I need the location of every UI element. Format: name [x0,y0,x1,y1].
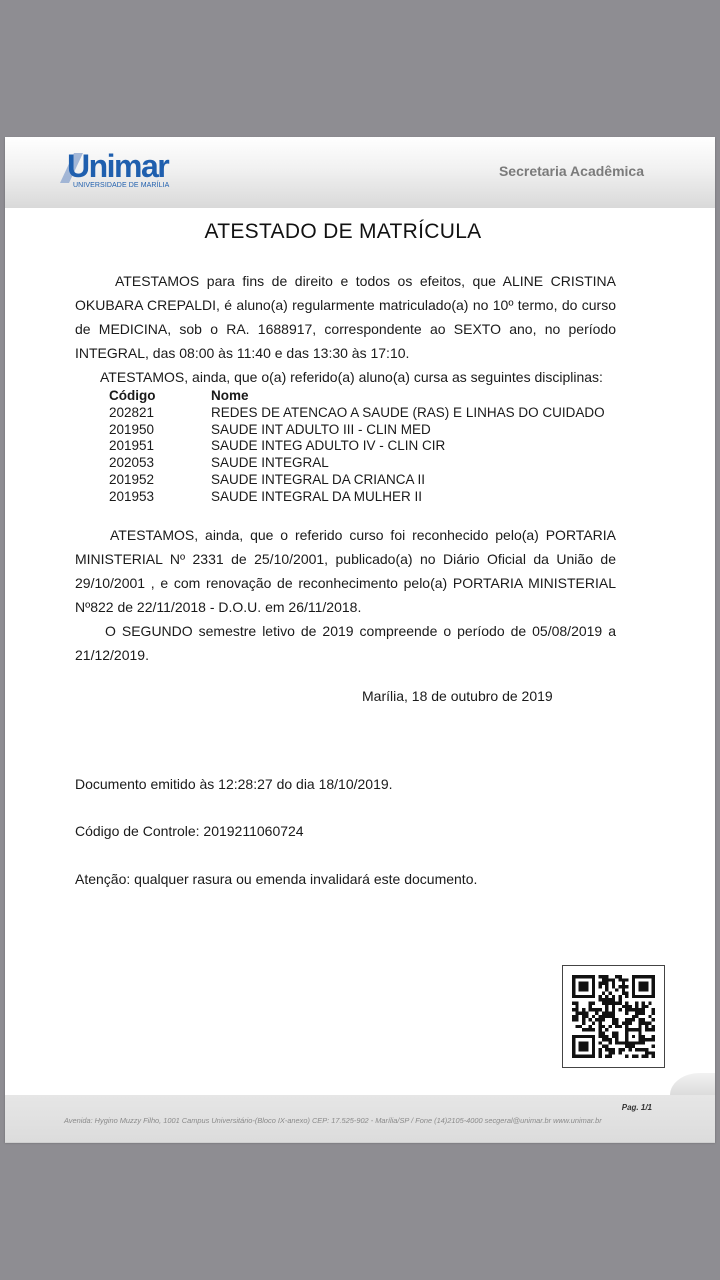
discipline-code: 201950 [109,422,211,439]
recognition-paragraph: ATESTAMOS, ainda, que o referido curso f… [75,523,616,619]
table-row: 202053SAUDE INTEGRAL [109,455,605,472]
discipline-name: SAUDE INTEGRAL DA MULHER II [211,489,605,506]
table-row: 202821REDES DE ATENCAO A SAUDE (RAS) E L… [109,405,605,422]
document-page: Unimar UNIVERSIDADE DE MARÍLIA Secretari… [5,137,715,1142]
disciplines-table: Código Nome 202821REDES DE ATENCAO A SAU… [109,388,605,506]
logo-wordmark: Unimar [67,149,168,183]
page-number: Pag. 1/1 [622,1103,652,1112]
qr-code[interactable] [562,965,665,1068]
unimar-logo: Unimar UNIVERSIDADE DE MARÍLIA [67,149,197,194]
issued-at: Documento emitido às 12:28:27 do dia 18/… [75,776,393,792]
discipline-name: SAUDE INTEGRAL DA CRIANCA II [211,472,605,489]
footer-address: Avenida: Hygino Muzzy Filho, 1001 Campus… [64,1116,602,1125]
table-header-row: Código Nome [109,388,605,405]
discipline-name: REDES DE ATENCAO A SAUDE (RAS) E LINHAS … [211,405,605,422]
logo-subtitle: UNIVERSIDADE DE MARÍLIA [73,182,169,189]
city-date: Marília, 18 de outubro de 2019 [362,688,553,704]
discipline-name: SAUDE INTEG ADULTO IV - CLIN CIR [211,438,605,455]
table-row: 201950SAUDE INT ADULTO III - CLIN MED [109,422,605,439]
column-header-name: Nome [211,388,605,405]
discipline-code: 202053 [109,455,211,472]
column-header-code: Código [109,388,211,405]
footer-decoration [670,1073,715,1095]
table-row: 201951SAUDE INTEG ADULTO IV - CLIN CIR [109,438,605,455]
warning-note: Atenção: qualquer rasura ou emenda inval… [75,871,477,887]
discipline-code: 201951 [109,438,211,455]
discipline-name: SAUDE INTEGRAL [211,455,605,472]
discipline-code: 201952 [109,472,211,489]
enrollment-paragraph: ATESTAMOS para fins de direito e todos o… [75,269,616,365]
qr-code-icon [572,975,655,1058]
discipline-code: 202821 [109,405,211,422]
document-title: ATESTADO DE MATRÍCULA [5,220,681,244]
semester-paragraph: O SEGUNDO semestre letivo de 2019 compre… [75,619,616,667]
discipline-code: 201953 [109,489,211,506]
document-header: Unimar UNIVERSIDADE DE MARÍLIA Secretari… [5,137,715,208]
table-row: 201952SAUDE INTEGRAL DA CRIANCA II [109,472,605,489]
disciplines-intro: ATESTAMOS, ainda, que o(a) referido(a) a… [75,365,616,389]
department-label: Secretaria Acadêmica [499,163,644,179]
table-row: 201953SAUDE INTEGRAL DA MULHER II [109,489,605,506]
control-code: Código de Controle: 2019211060724 [75,823,304,839]
document-footer: Pag. 1/1 Avenida: Hygino Muzzy Filho, 10… [5,1095,715,1143]
discipline-name: SAUDE INT ADULTO III - CLIN MED [211,422,605,439]
